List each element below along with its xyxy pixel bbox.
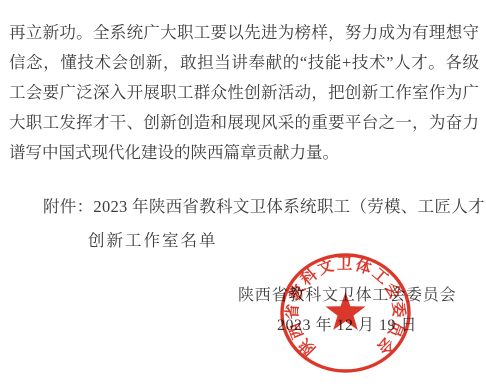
paragraph-line: 大职工发挥才干、创新创造和展现风采的重要平台之一，为奋力: [9, 108, 479, 138]
star-icon: [326, 292, 366, 330]
attachment-line-2: 创新工作室名单: [88, 224, 218, 258]
paragraph-line: 谱写中国式现代化建设的陕西篇章贡献力量。: [9, 138, 479, 168]
body-paragraph: 再立新功。全系统广大职工要以先进为榜样，努力成为有理想守 信念，懂技术会创新，敢…: [9, 18, 479, 168]
paragraph-line: 工会要广泛深入开展职工群众性创新活动，把创新工作室作为广: [9, 78, 479, 108]
attachment-line-1: 附件：2023 年陕西省教科文卫体系统职工（劳模、工匠人才）: [43, 190, 486, 224]
official-seal: 陕西省教科文卫体工会委员会: [278, 251, 414, 377]
document-page: 再立新功。全系统广大职工要以先进为榜样，努力成为有理想守 信念，懂技术会创新，敢…: [0, 0, 486, 392]
paragraph-line: 再立新功。全系统广大职工要以先进为榜样，努力成为有理想守: [9, 18, 479, 48]
paragraph-line: 信念，懂技术会创新，敢担当讲奉献的“技能+技术”人才。各级: [9, 48, 479, 78]
